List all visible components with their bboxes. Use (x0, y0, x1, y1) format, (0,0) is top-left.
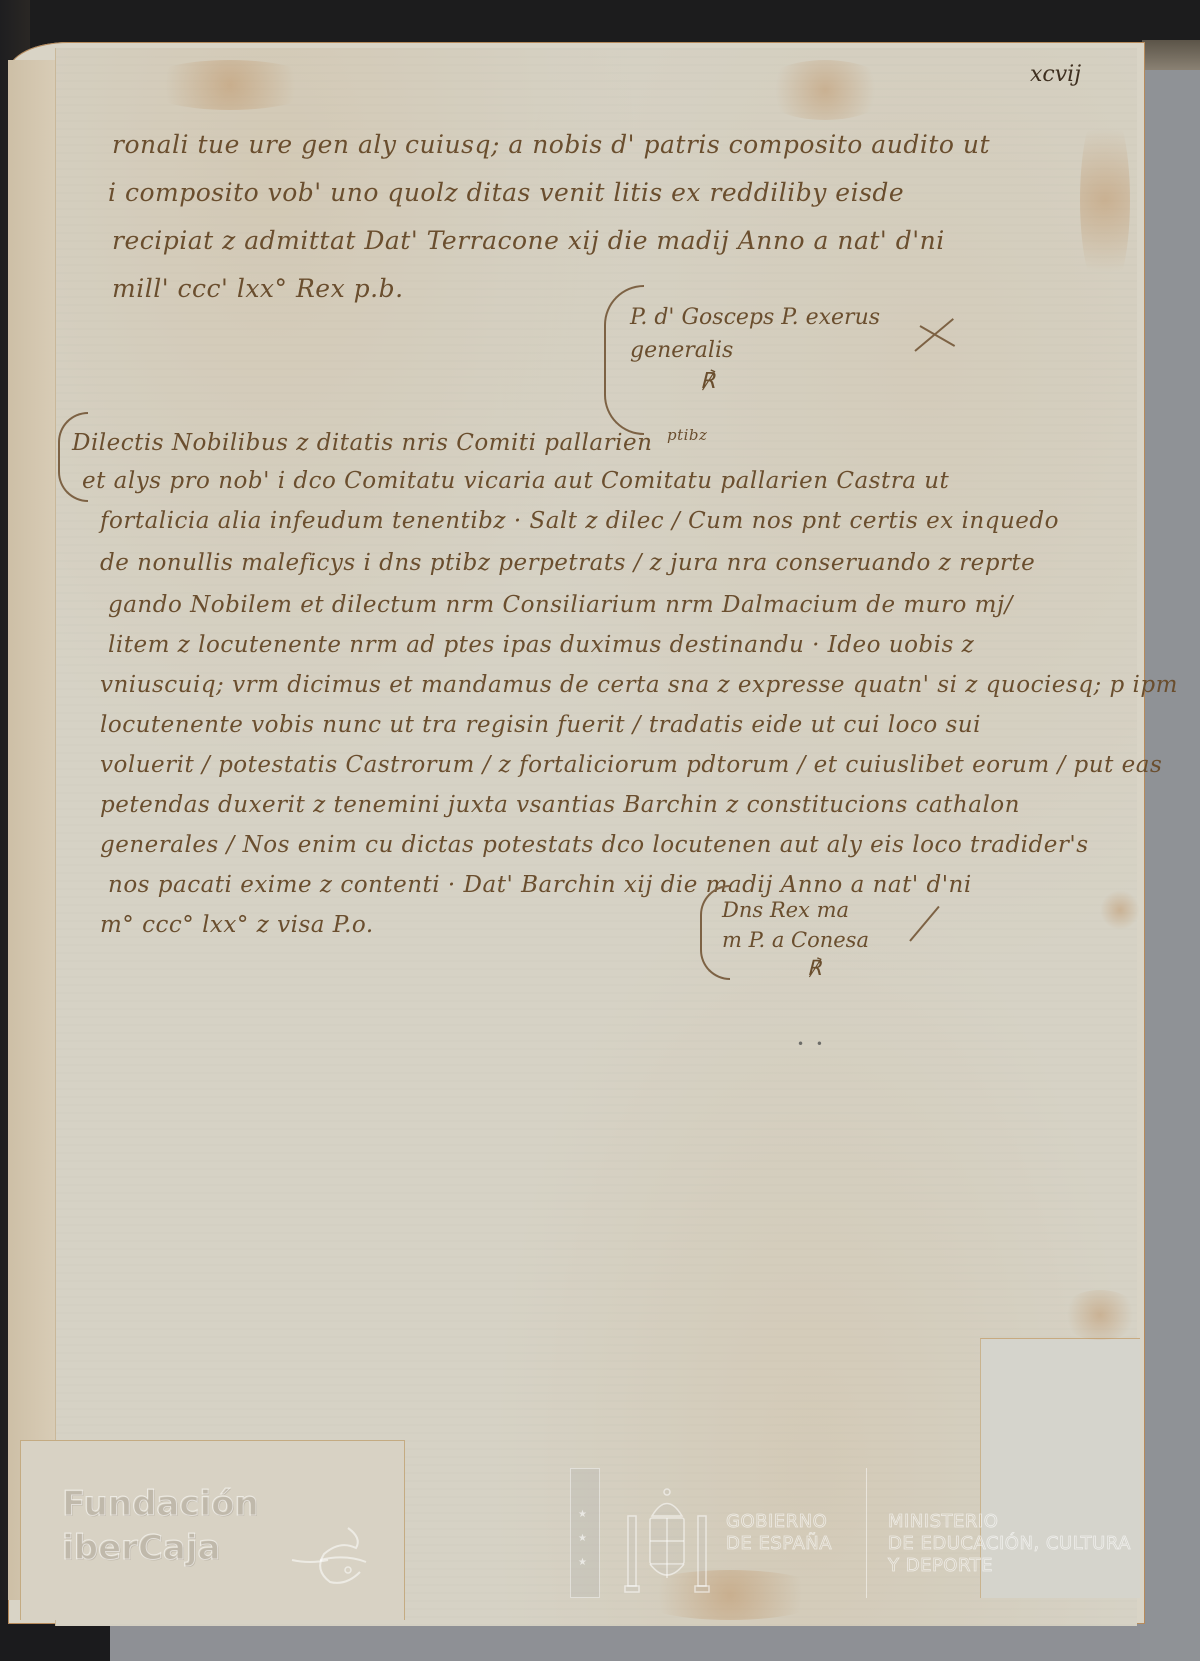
manuscript-line: nos pacati exime z contenti · Dat' Barch… (108, 872, 972, 898)
manuscript-line: gando Nobilem et dilectum nrm Consiliari… (108, 592, 1013, 618)
background-grey-right (1140, 60, 1200, 1661)
manuscript-line: recipiat z admittat Dat' Terracone xij d… (112, 226, 945, 255)
signature-line: generalis (630, 338, 880, 363)
watermark-divider (866, 1468, 867, 1598)
interlinear-insertion: ptibz (667, 426, 707, 444)
manuscript-line: m° ccc° lxx° z visa P.o. (100, 912, 374, 938)
manuscript-line: mill' ccc' lxx° Rex p.b. (112, 274, 404, 303)
watermark-text: MINISTERIO (888, 1512, 998, 1532)
folio-number: xcvij (1030, 62, 1081, 87)
watermark-text: Fundación (62, 1482, 259, 1526)
foxing-stain (1080, 100, 1130, 300)
signature-line: Dns Rex ma (722, 898, 869, 922)
left-margin-flap (8, 60, 56, 1600)
foxing-stain (140, 60, 320, 110)
watermark-text: DE ESPAÑA (726, 1534, 832, 1554)
foxing-stain (1060, 1290, 1140, 1340)
manuscript-line: voluerit / potestatis Castrorum / z fort… (100, 752, 1162, 778)
manuscript-line: ronali tue ure gen aly cuiusq; a nobis d… (112, 130, 990, 159)
ink-dots: • • (797, 1037, 827, 1051)
coat-of-arms-icon (622, 1486, 712, 1596)
watermark-gobierno-ministerio: ★ ★ ★ GOBIERNO DE ESPAÑA MINISTERIO DE E… (570, 1468, 1170, 1598)
manuscript-line: Dilectis Nobilibus z ditatis nris Comiti… (72, 430, 652, 456)
signature-block: Dns Rex ma m P. a Conesa ℟ (722, 898, 869, 980)
registration-mark: ℟ (807, 956, 869, 980)
signature-line: P. d' Gosceps P. exerus (630, 305, 880, 330)
manuscript-line: litem z locutenente nrm ad ptes ipas dux… (108, 632, 974, 658)
signature-line: m P. a Conesa (722, 928, 869, 952)
watermark-text: Y DEPORTE (888, 1556, 993, 1576)
manuscript-line: i composito vob' uno quolz ditas venit l… (108, 178, 904, 207)
manuscript-line: de nonullis maleficys i dns ptibz perpet… (100, 550, 1035, 576)
signature-block: P. d' Gosceps P. exerus generalis ℟ (630, 305, 880, 394)
manuscript-line: et alys pro nob' i dco Comitatu vicaria … (82, 468, 949, 494)
manuscript-line: locutenente vobis nunc ut tra regisin fu… (100, 712, 981, 738)
registration-mark: ℟ (700, 369, 880, 394)
foxing-stain (1100, 890, 1140, 930)
manuscript-line: vniuscuiq; vrm dicimus et mandamus de ce… (100, 672, 1178, 698)
watermark-text: DE EDUCACIÓN, CULTURA (888, 1534, 1131, 1554)
binding-strip (1142, 40, 1200, 70)
foxing-stain (760, 60, 890, 120)
star-icon: ★ (578, 1533, 587, 1544)
spain-flag-bar-icon: ★ ★ ★ (570, 1468, 600, 1598)
watermark-text: GOBIERNO (726, 1512, 827, 1532)
watermark-text: iberCaja (62, 1526, 259, 1570)
manuscript-line: petendas duxerit z tenemini juxta vsanti… (100, 792, 1020, 818)
star-icon: ★ (578, 1509, 587, 1520)
watermark-fundacion-ibercaja: Fundación iberCaja (62, 1482, 259, 1570)
manuscript-line: fortalicia alia infeudum tenentibz · Sal… (100, 508, 1059, 534)
ibercaja-logo-icon (290, 1520, 370, 1590)
manuscript-line: generales / Nos enim cu dictas potestats… (100, 832, 1089, 858)
star-icon: ★ (578, 1557, 587, 1568)
